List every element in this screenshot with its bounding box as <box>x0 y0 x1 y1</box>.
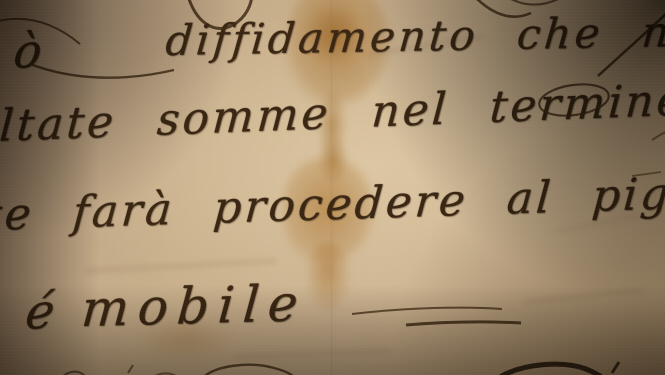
handwriting-line1-lead-letter: ò <box>11 23 44 79</box>
handwriting-line4: mobile <box>79 274 309 338</box>
handwriting-line1: diffidamento che non <box>164 6 665 65</box>
manuscript-photo: ò diffidamento che non ultate somme nel … <box>0 0 665 375</box>
